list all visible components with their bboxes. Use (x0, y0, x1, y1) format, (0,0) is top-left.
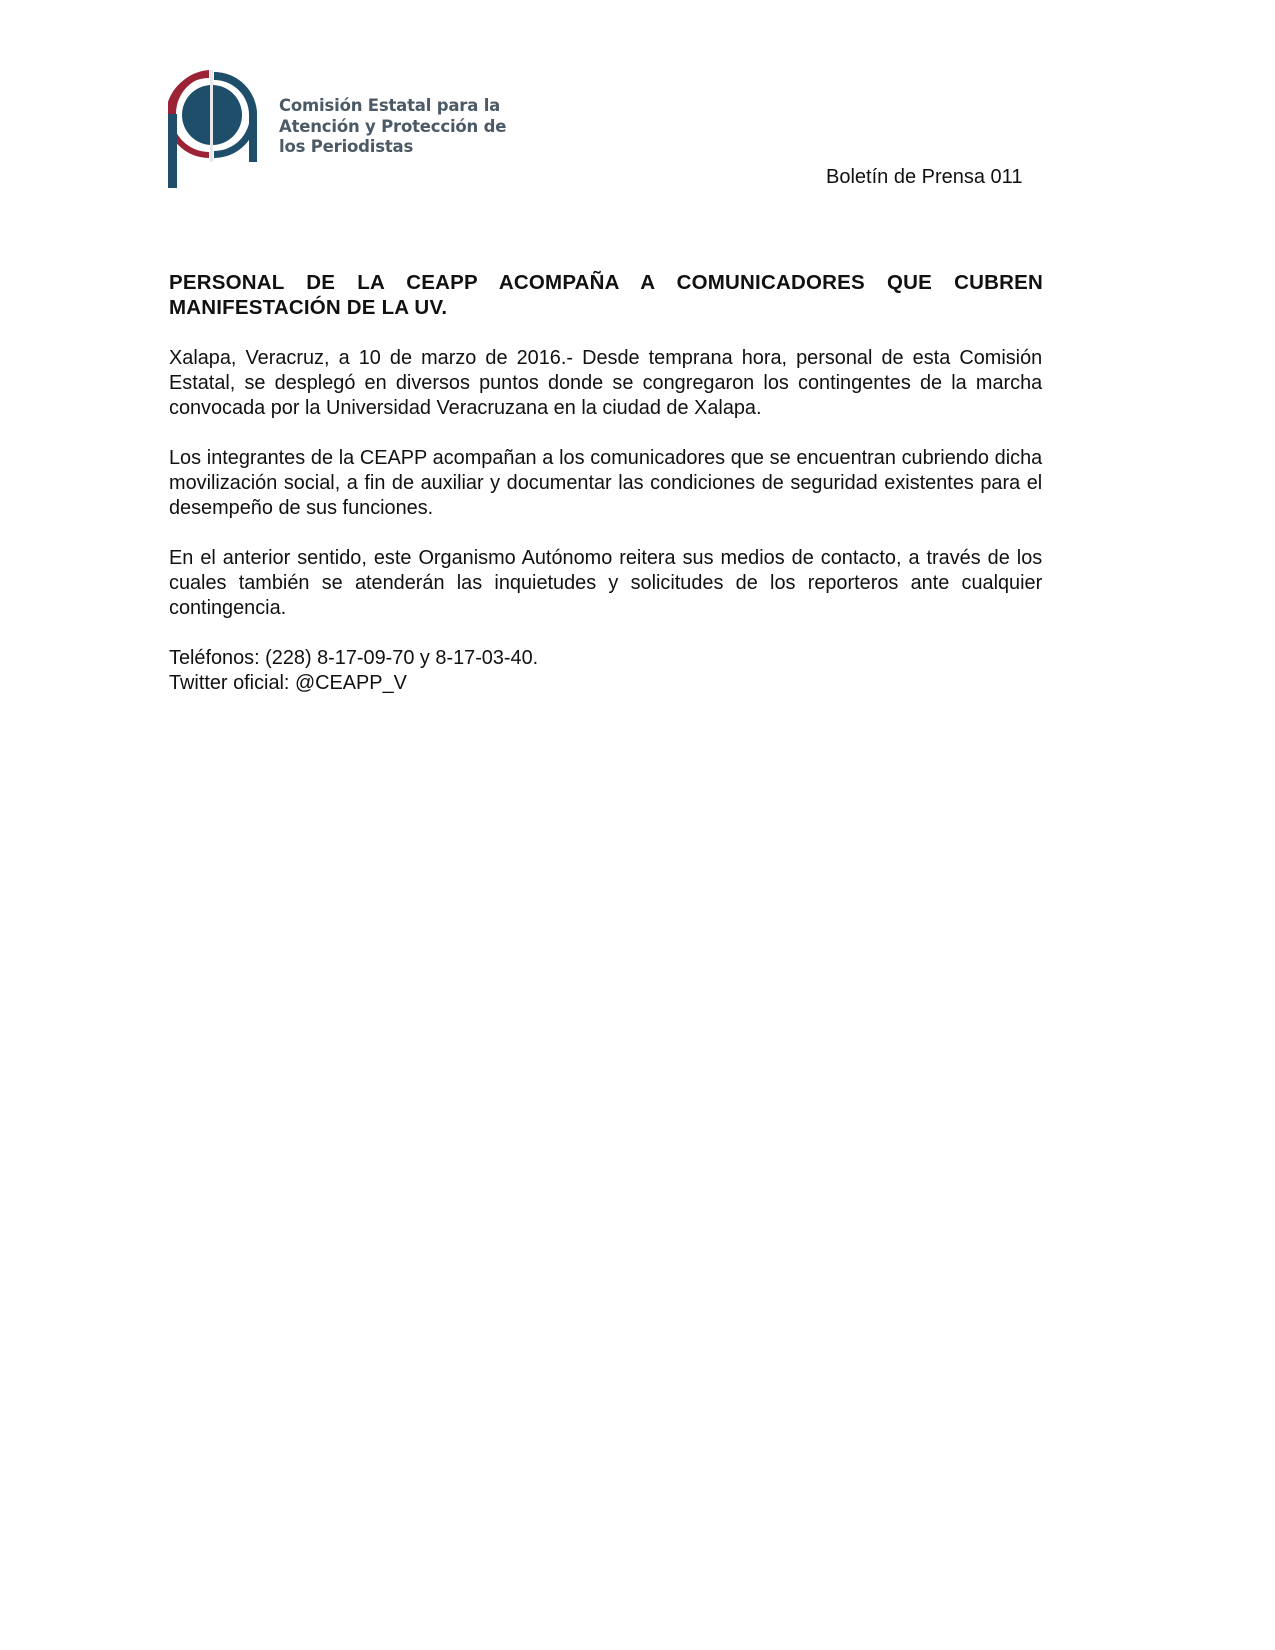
organization-name-line: Atención y Protección de (279, 117, 506, 138)
organization-name-line: los Periodistas (279, 137, 506, 158)
twitter-handle: Twitter oficial: @CEAPP_V (169, 670, 1017, 695)
bulletin-number: Boletín de Prensa 011 (826, 166, 1022, 189)
contact-info: Teléfonos: (228) 8-17-09-70 y 8-17-03-40… (169, 645, 1043, 695)
organization-name: Comisión Estatal para la Atención y Prot… (279, 96, 506, 158)
paragraph: Los integrantes de la CEAPP acompañan a … (169, 445, 1042, 520)
paragraph: En el anterior sentido, este Organismo A… (169, 545, 1042, 620)
headline: PERSONAL DE LA CEAPP ACOMPAÑA A COMUNICA… (169, 270, 1043, 320)
phone-numbers: Teléfonos: (228) 8-17-09-70 y 8-17-03-40… (169, 645, 1017, 670)
paragraph: Xalapa, Veracruz, a 10 de marzo de 2016.… (169, 345, 1042, 420)
ceapp-logo-icon (168, 70, 258, 188)
organization-name-line: Comisión Estatal para la (279, 96, 506, 117)
document-body: PERSONAL DE LA CEAPP ACOMPAÑA A COMUNICA… (169, 270, 1043, 695)
